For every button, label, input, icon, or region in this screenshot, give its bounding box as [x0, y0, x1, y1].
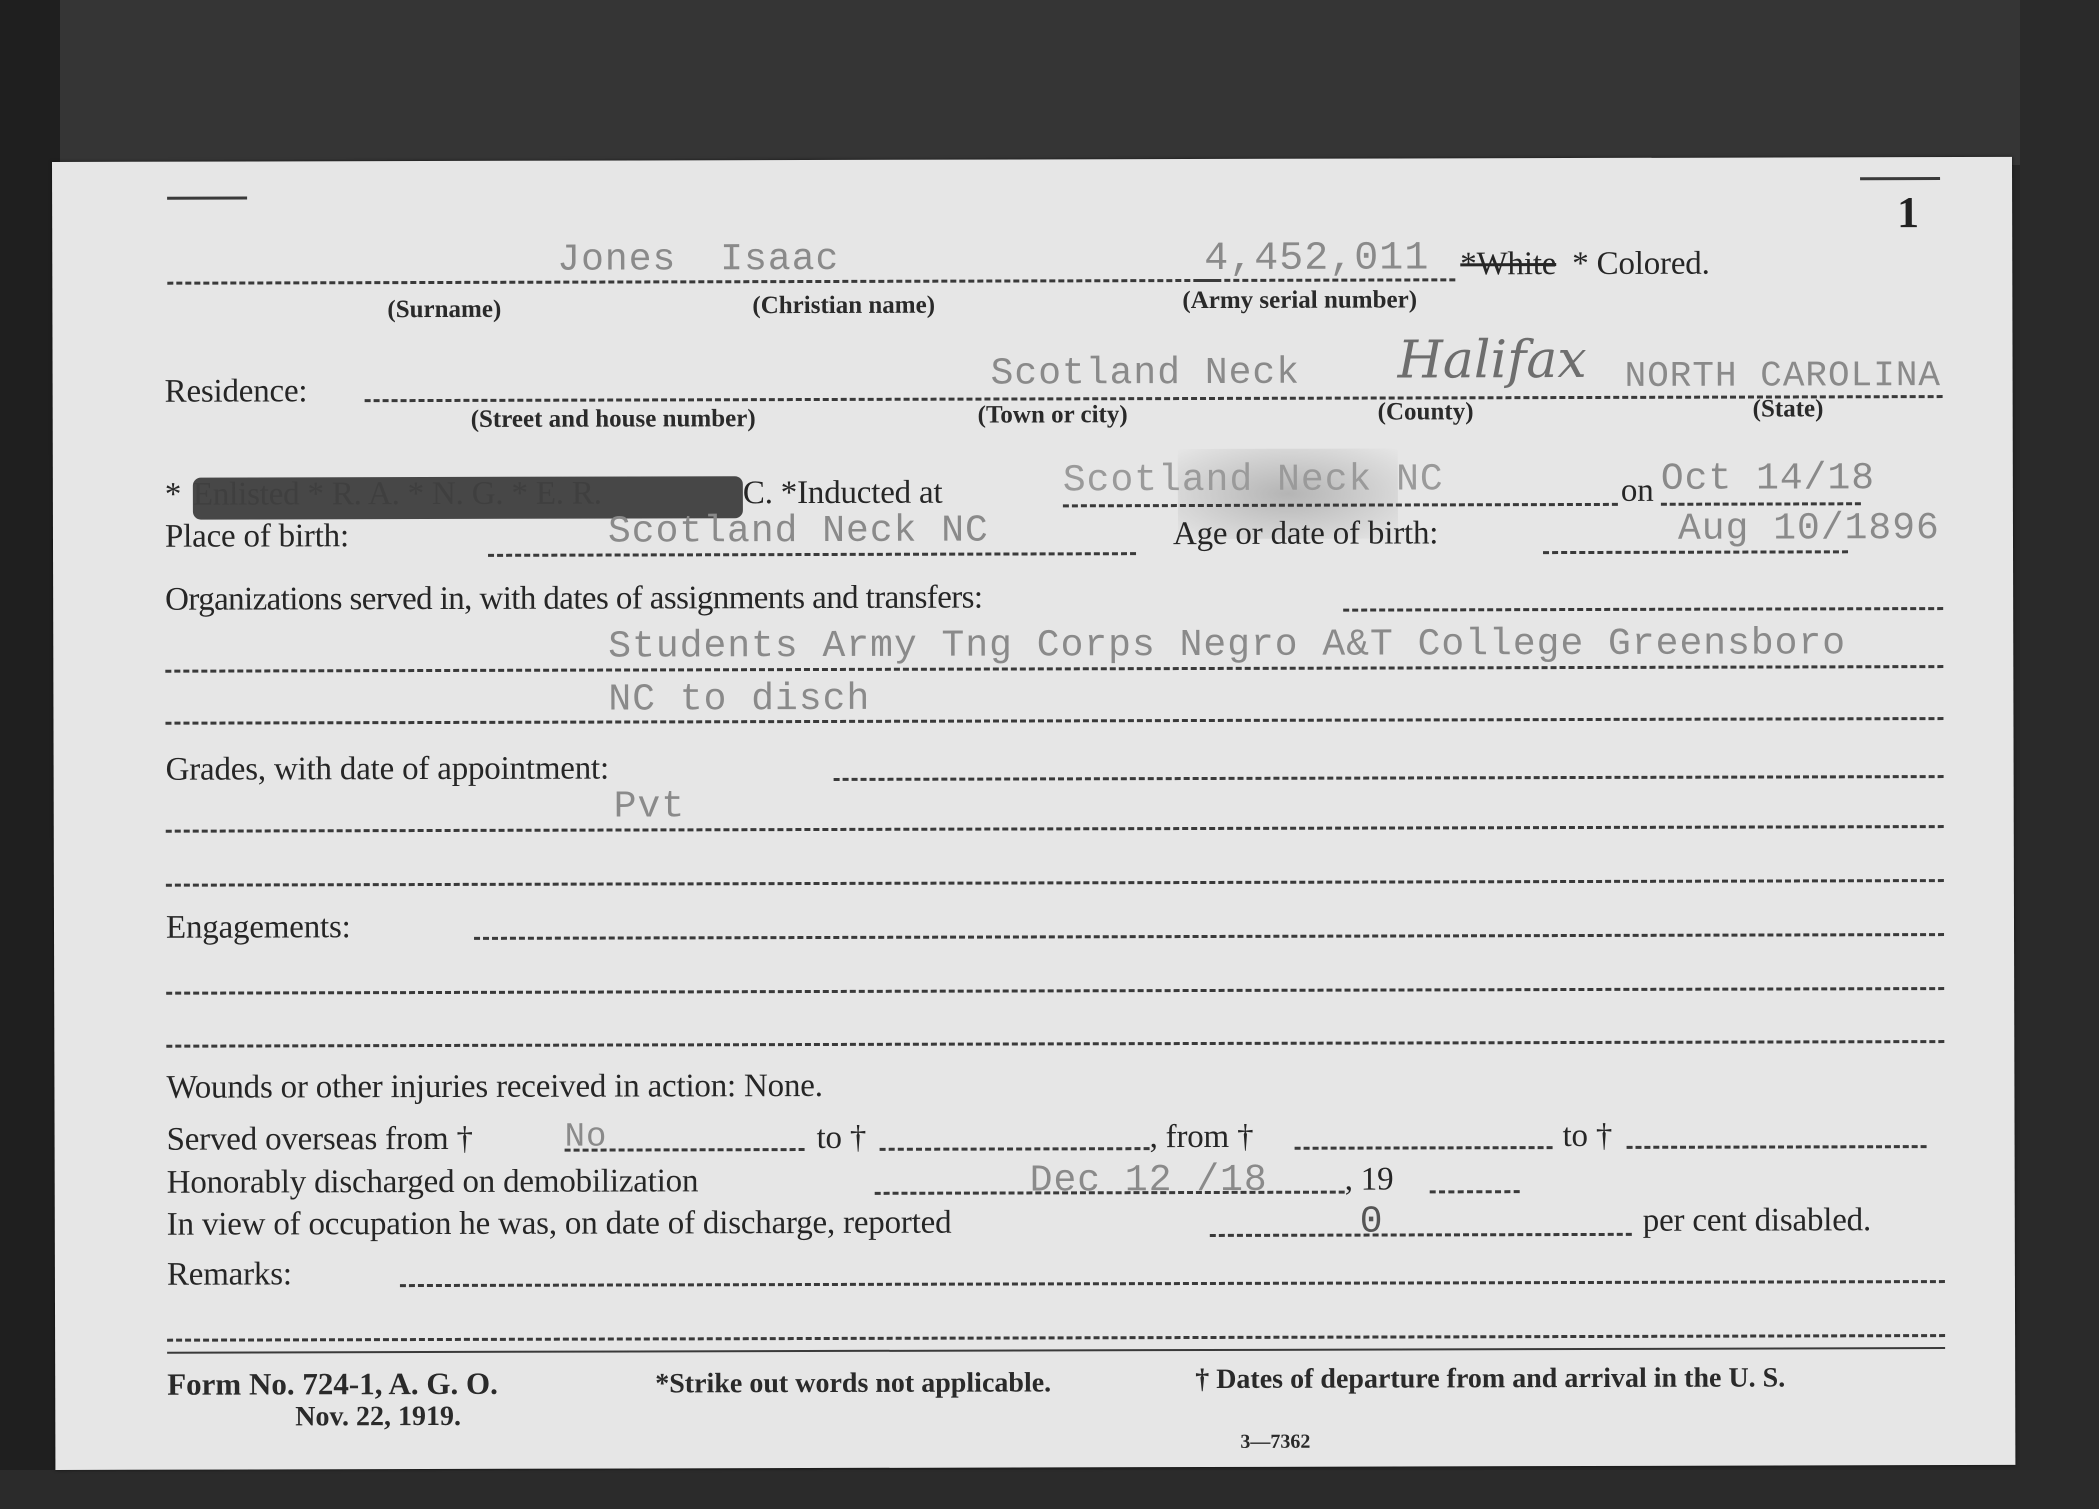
inducted-at-label: C. *Inducted at	[743, 475, 943, 513]
place-of-birth-value: Scotland Neck NC	[608, 510, 989, 554]
disability-suffix: per cent disabled.	[1643, 1202, 1871, 1240]
background-top	[60, 0, 2020, 165]
serial-line	[1197, 278, 1455, 282]
organizations-value-2: NC to disch	[608, 678, 870, 722]
inducted-date-value: Oct 14/18	[1661, 457, 1875, 501]
discharge-year-label: , 19	[1345, 1161, 1394, 1198]
strike-note: *Strike out words not applicable.	[655, 1367, 1051, 1400]
disability-label: In view of occupation he was, on date of…	[167, 1205, 952, 1244]
engagements-line-2	[166, 1040, 1944, 1048]
race-colored: * Colored.	[1572, 246, 1709, 283]
surname-value: Jones	[557, 238, 676, 281]
print-code: 3—7362	[1240, 1431, 1310, 1454]
discharge-label: Honorably discharged on demobilization	[167, 1163, 699, 1201]
engagements-label: Engagements:	[166, 909, 351, 946]
inducted-date-line	[1661, 502, 1861, 506]
residence-label: Residence:	[165, 373, 308, 410]
grades-line-1	[166, 825, 1944, 833]
inducted-place-value: Scotland Neck NC	[1063, 458, 1444, 502]
residence-town-value: Scotland Neck	[991, 352, 1301, 396]
date-of-birth-label: Age or date of birth:	[1173, 515, 1438, 553]
grades-line-0	[834, 775, 1944, 781]
overseas-from2-label: , from †	[1150, 1119, 1254, 1156]
served-overseas-label: Served overseas from †	[167, 1121, 473, 1159]
card-number: 1	[1897, 187, 1919, 238]
organizations-line-0	[1343, 607, 1943, 612]
grades-label: Grades, with date of appointment:	[166, 751, 609, 789]
overseas-from-line	[565, 1148, 805, 1152]
grades-line-2	[166, 879, 1944, 887]
wounds-label: Wounds or other injuries received in act…	[166, 1068, 822, 1107]
on-label: on	[1621, 473, 1654, 510]
caption-street: (Street and house number)	[471, 405, 756, 434]
enlisted-struck-text: Enlisted * R. A. * N. G. * E. R.	[193, 476, 602, 514]
background-right	[2020, 0, 2099, 1509]
overseas-from2-line	[1295, 1146, 1553, 1150]
discharge-line	[875, 1191, 1345, 1195]
christian-name-value: Isaac	[720, 238, 839, 281]
overseas-to-line	[880, 1147, 1150, 1151]
overseas-to2-line	[1627, 1145, 1927, 1149]
top-left-mark	[167, 196, 247, 199]
form-date: Nov. 22, 1919.	[295, 1401, 461, 1433]
caption-state: (State)	[1753, 395, 1824, 423]
organizations-line-2	[165, 717, 1943, 725]
serial-number-value: 4,452,011	[1204, 236, 1429, 282]
remarks-label: Remarks:	[167, 1256, 292, 1293]
remarks-line-1	[167, 1334, 1945, 1342]
dates-note: † Dates of departure from and arrival in…	[1195, 1362, 1785, 1396]
residence-county-value: Halifax	[1397, 330, 1586, 390]
background-bottom	[0, 1470, 2099, 1509]
organizations-value-1: Students Army Tng Corps Negro A&T Colleg…	[608, 622, 1846, 668]
enlisted-asterisk: *	[165, 477, 181, 514]
caption-serial-number: (Army serial number)	[1182, 286, 1417, 315]
place-of-birth-line	[488, 552, 1136, 557]
disability-line	[1210, 1233, 1632, 1237]
service-record-card: 1 Jones Isaac 4,452,011 *White * Colored…	[52, 157, 2015, 1470]
overseas-to2-label: to †	[1563, 1118, 1613, 1155]
date-of-birth-value: Aug 10/1896	[1678, 507, 1940, 551]
overseas-to-label: to †	[817, 1120, 867, 1157]
caption-town: (Town or city)	[978, 401, 1128, 429]
residence-state-value: NORTH CAROLINA	[1625, 355, 1942, 397]
remarks-line-0	[400, 1280, 1945, 1287]
engagements-line-0	[474, 933, 1944, 940]
caption-christian-name: (Christian name)	[752, 292, 935, 320]
caption-county: (County)	[1378, 398, 1474, 426]
grades-value: Pvt	[614, 785, 686, 828]
organizations-label: Organizations served in, with dates of a…	[165, 580, 982, 619]
disability-percent-value: 0	[1360, 1201, 1384, 1244]
engagements-line-1	[166, 987, 1944, 995]
name-line	[167, 279, 1217, 285]
form-number: Form No. 724-1, A. G. O.	[167, 1366, 498, 1403]
discharge-date-value: Dec 12 /18	[1030, 1159, 1268, 1203]
discharge-year-line	[1430, 1190, 1520, 1193]
race-white-struck: *White	[1460, 246, 1556, 283]
place-of-birth-label: Place of birth:	[165, 518, 349, 555]
date-of-birth-line	[1543, 550, 1848, 554]
caption-surname: (Surname)	[387, 296, 501, 324]
top-right-mark	[1860, 177, 1940, 180]
footer-separator	[167, 1347, 1945, 1354]
